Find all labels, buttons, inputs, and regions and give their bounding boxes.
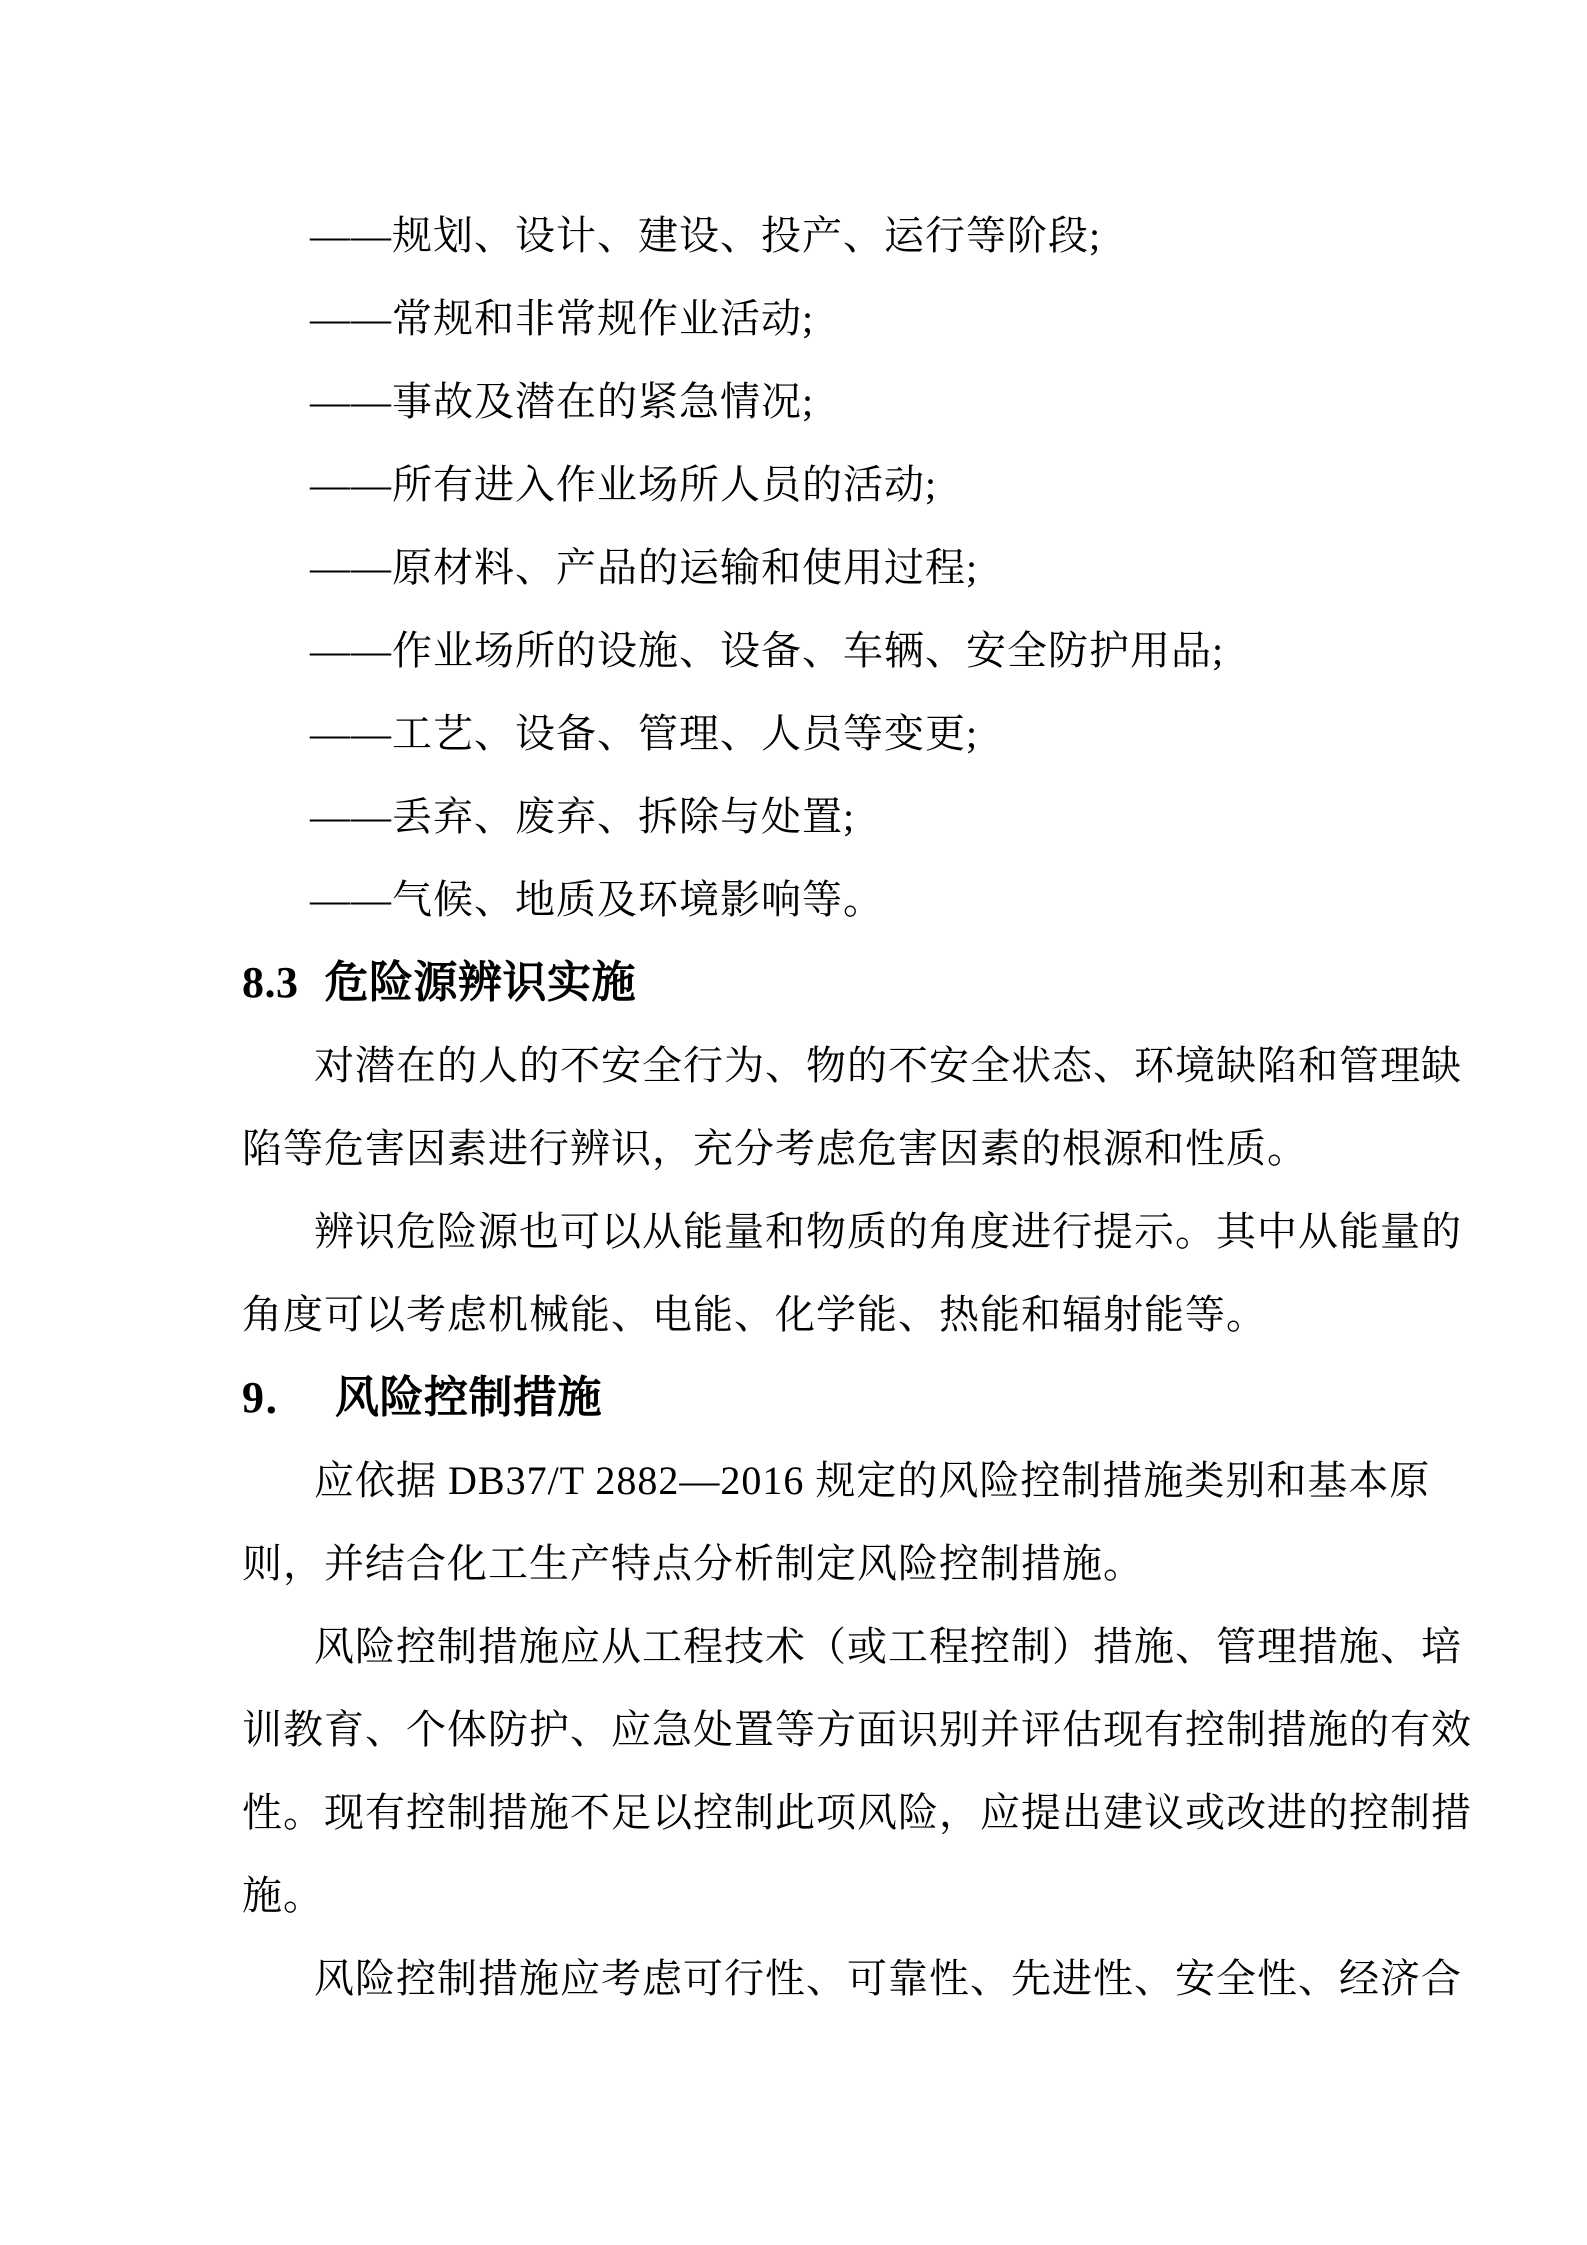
list-item: ——所有进入作业场所人员的活动; xyxy=(242,443,1347,526)
paragraph-line: 性。现有控制措施不足以控制此项风险，应提出建议或改进的控制措 xyxy=(242,1771,1347,1854)
section-number: 9． xyxy=(242,1356,309,1439)
paragraph-line: 对潜在的人的不安全行为、物的不安全状态、环境缺陷和管理缺 xyxy=(242,1024,1347,1107)
document-page: ——规划、设计、建设、投产、运行等阶段; ——常规和非常规作业活动; ——事故及… xyxy=(0,0,1587,2245)
list-item: ——事故及潜在的紧急情况; xyxy=(242,360,1347,443)
list-item: ——作业场所的设施、设备、车辆、安全防护用品; xyxy=(242,609,1347,692)
paragraph-line: 则，并结合化工生产特点分析制定风险控制措施。 xyxy=(242,1522,1347,1605)
paragraph-line: 风险控制措施应考虑可行性、可靠性、先进性、安全性、经济合 xyxy=(242,1937,1347,2020)
document-text-block: ——规划、设计、建设、投产、运行等阶段; ——常规和非常规作业活动; ——事故及… xyxy=(242,194,1347,2020)
list-item: ——工艺、设备、管理、人员等变更; xyxy=(242,692,1347,775)
section-title: 风险控制措施 xyxy=(335,1373,602,1422)
paragraph-line: 风险控制措施应从工程技术（或工程控制）措施、管理措施、培 xyxy=(242,1605,1347,1688)
section-number: 8.3 xyxy=(242,941,299,1024)
paragraph-line: 训教育、个体防护、应急处置等方面识别并评估现有控制措施的有效 xyxy=(242,1688,1347,1771)
paragraph-line: 应依据 DB37/T 2882—2016 规定的风险控制措施类别和基本原 xyxy=(242,1439,1347,1522)
list-item: ——气候、地质及环境影响等。 xyxy=(242,858,1347,941)
list-item: ——规划、设计、建设、投产、运行等阶段; xyxy=(242,194,1347,277)
list-item: ——丢弃、废弃、拆除与处置; xyxy=(242,775,1347,858)
section-heading-9: 9．风险控制措施 xyxy=(242,1356,1347,1439)
paragraph-line: 辨识危险源也可以从能量和物质的角度进行提示。其中从能量的 xyxy=(242,1190,1347,1273)
list-item: ——原材料、产品的运输和使用过程; xyxy=(242,526,1347,609)
paragraph-line: 施。 xyxy=(242,1854,1347,1937)
list-item: ——常规和非常规作业活动; xyxy=(242,277,1347,360)
section-heading-8-3: 8.3危险源辨识实施 xyxy=(242,941,1347,1024)
section-title: 危险源辨识实施 xyxy=(325,958,637,1007)
paragraph-line: 陷等危害因素进行辨识，充分考虑危害因素的根源和性质。 xyxy=(242,1107,1347,1190)
paragraph-line: 角度可以考虑机械能、电能、化学能、热能和辐射能等。 xyxy=(242,1273,1347,1356)
